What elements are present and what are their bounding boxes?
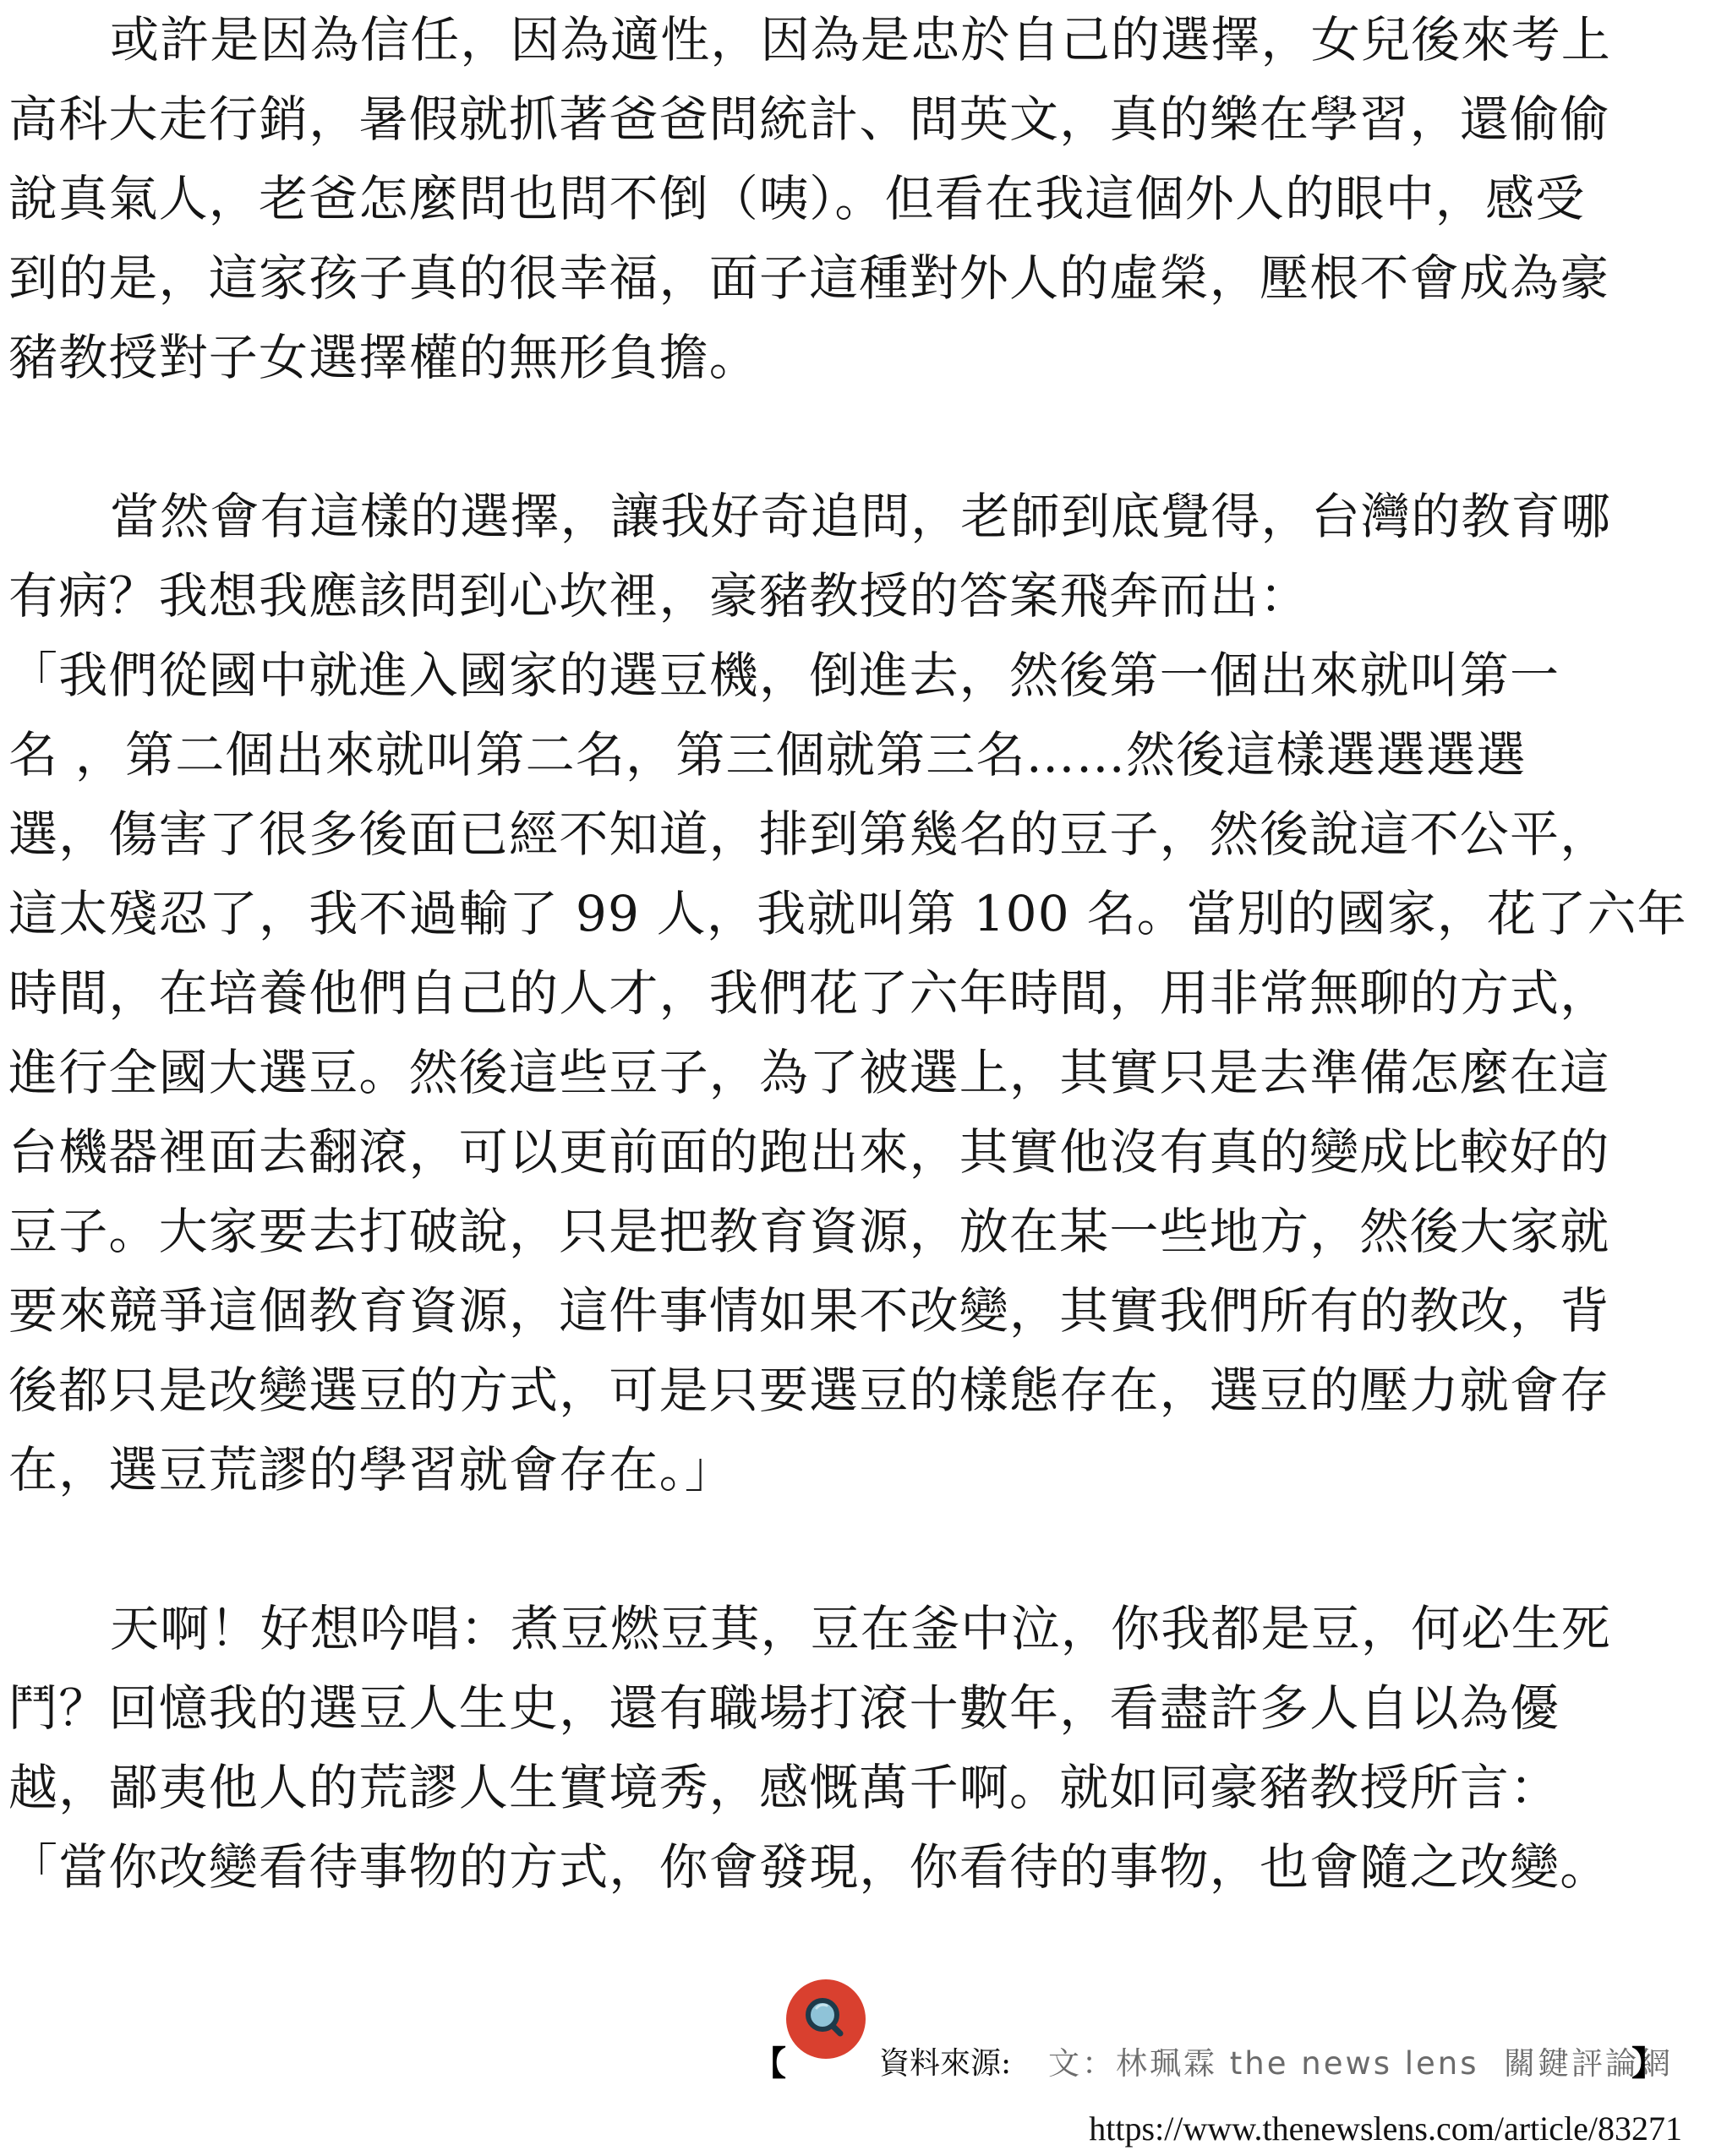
text-line: 鬥？回憶我的選豆人生史，還有職場打滾十數年，看盡許多人自以為優 <box>8 1668 1560 1748</box>
document-page: 或許是因為信任，因為適性，因為是忠於自己的選擇，女兒後來考上 高科大走行銷，暑假… <box>0 0 1716 2156</box>
quote-line: 「我們從國中就進入國家的選豆機，倒進去，然後第一個出來就叫第一 <box>8 636 1560 715</box>
source-label: 資料來源: <box>879 2041 1011 2087</box>
quote-line: 「當你改變看待事物的方式，你會發現，你看待的事物，也會隨之改變。 <box>8 1827 1609 1907</box>
quote-line: 選，傷害了很多後面已經不知道，排到第幾名的豆子，然後說這不公平， <box>8 794 1609 874</box>
quote-line: 時間，在培養他們自己的人才，我們花了六年時間，用非常無聊的方式， <box>8 953 1609 1033</box>
text-line: 豬教授對子女選擇權的無形負擔。 <box>8 318 759 397</box>
text-line: 越，鄙夷他人的荒謬人生實境秀，感慨萬千啊。就如同豪豬教授所言： <box>8 1748 1560 1827</box>
quote-line: 要來競爭這個教育資源，這件事情如果不改變，其實我們所有的教改，背 <box>8 1271 1609 1351</box>
close-bracket: 】 <box>1631 2041 1665 2087</box>
quote-line: 在，選豆荒謬的學習就會存在。」 <box>8 1430 735 1509</box>
source-citation: 【 資料來源: 文：林珮霖 the news lens 關鍵評論網 】 <box>752 2041 1682 2087</box>
source-url-link[interactable]: https://www.thenewslens.com/article/8327… <box>1089 2106 1682 2152</box>
text-line: 當然會有這樣的選擇，讓我好奇追問，老師到底覺得，台灣的教育哪 <box>110 477 1611 556</box>
text-line: 高科大走行銷，暑假就抓著爸爸問統計、問英文，真的樂在學習，還偷偷 <box>8 79 1609 159</box>
quote-line: 這太殘忍了，我不過輸了 99 人，我就叫第 100 名。當別的國家，花了六年 <box>8 874 1687 953</box>
quote-line: 後都只是改變選豆的方式，可是只要選豆的樣態存在，選豆的壓力就會存 <box>8 1351 1609 1430</box>
text-line: 有病？我想我應該問到心坎裡，豪豬教授的答案飛奔而出： <box>8 556 1309 636</box>
open-bracket: 【 <box>752 2041 786 2087</box>
quote-line: 進行全國大選豆。然後這些豆子，為了被選上，其實只是去準備怎麼在這 <box>8 1033 1609 1112</box>
text-line: 或許是因為信任，因為適性，因為是忠於自己的選擇，女兒後來考上 <box>110 0 1611 79</box>
text-line: 天啊！好想吟唱：煮豆燃豆萁，豆在釜中泣，你我都是豆，何必生死 <box>110 1589 1611 1668</box>
quote-line: 台機器裡面去翻滾，可以更前面的跑出來，其實他沒有真的變成比較好的 <box>8 1112 1609 1192</box>
text-line: 說真氣人，老爸怎麼問也問不倒（咦）。但看在我這個外人的眼中，感受 <box>8 159 1585 238</box>
source-credit: 文：林珮霖 the news lens 關鍵評論網 <box>1048 2041 1673 2087</box>
quote-line: 名 ，第二個出來就叫第二名，第三個就第三名……然後這樣選選選選 <box>8 715 1527 794</box>
text-line: 到的是，這家孩子真的很幸福，面子這種對外人的虛榮，壓根不會成為豪 <box>8 238 1609 318</box>
quote-line: 豆子。大家要去打破說，只是把教育資源，放在某一些地方，然後大家就 <box>8 1192 1609 1271</box>
